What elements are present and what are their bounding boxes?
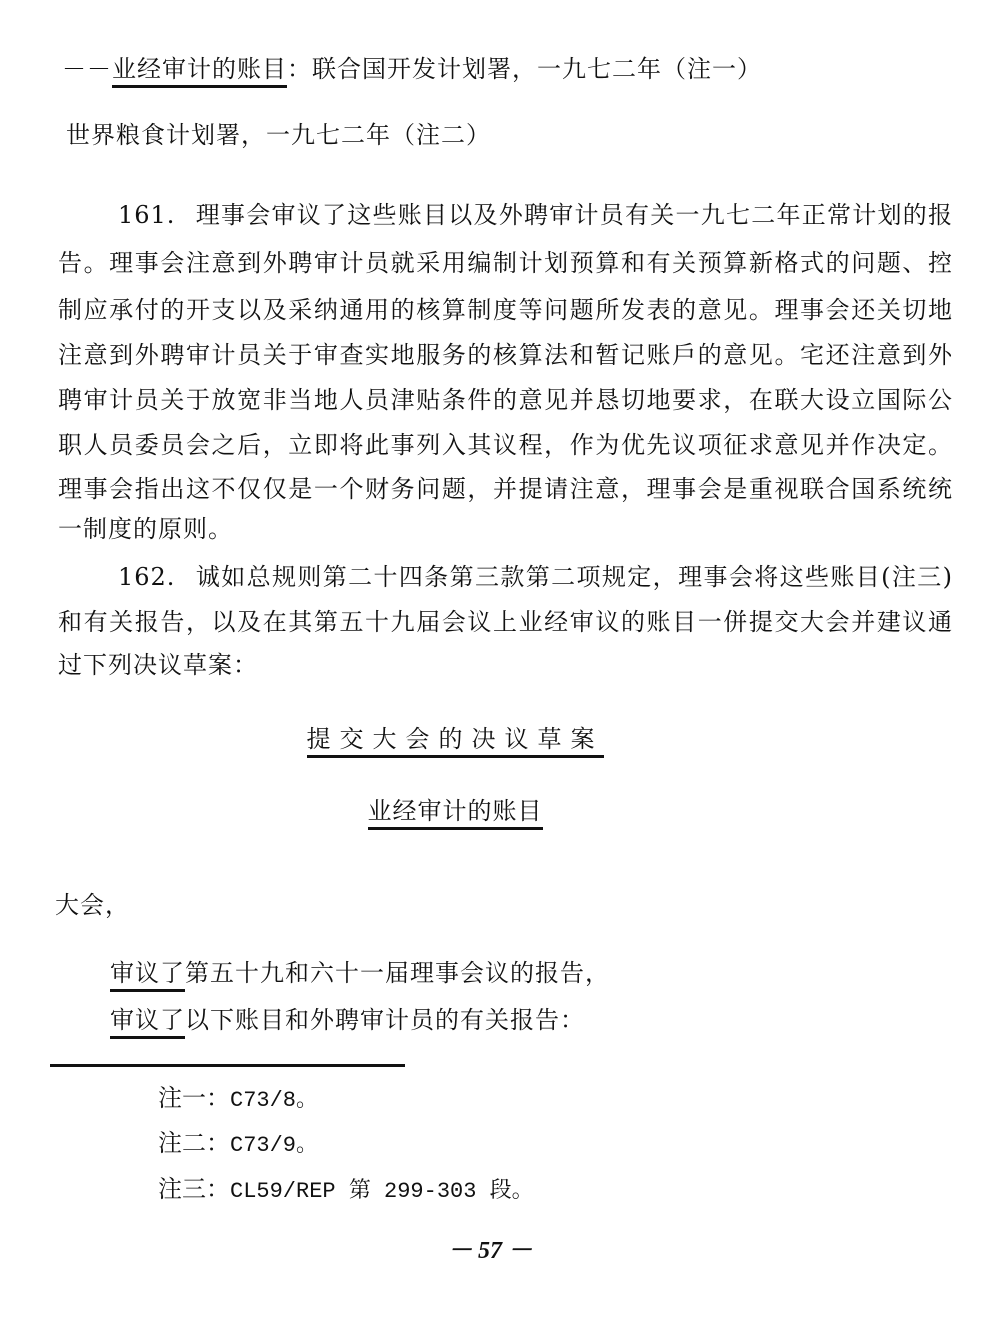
paragraph-162-line-1: 162.诚如总规则第二十四条第三款第二项规定，理事会将这些账目(注三) — [118, 562, 953, 592]
resolution-subheading: 业经审计的账目 — [368, 797, 543, 830]
dash-prefix: －－ — [62, 55, 112, 83]
footnote-3: 注三：CL59/REP 第 299-303 段。 — [158, 1174, 534, 1207]
clause-lead: 审议了 — [110, 959, 185, 992]
resolution-subheading-wrap: 业经审计的账目 — [0, 796, 910, 826]
resolution-clause-1: 审议了第五十九和六十一届理事会议的报告， — [110, 958, 610, 988]
paragraph-161-line-3: 制应承付的开支以及采纳通用的核算制度等问题所发表的意见。理事会还关切地 — [58, 295, 953, 325]
paragraph-number: 161. — [118, 201, 175, 229]
paragraph-161-line-5: 聘审计员关于放宽非当地人员津贴条件的意见并恳切地要求，在联大设立国际公 — [58, 385, 953, 415]
resolution-clause-2: 审议了以下账目和外聘审计员的有关报告： — [110, 1005, 585, 1035]
footnote-1: 注一：C73/8。 — [158, 1083, 318, 1116]
header-line-1: －－业经审计的账目：联合国开发计划署，一九七二年（注一） — [62, 54, 762, 84]
paragraph-161-line-2: 告。理事会注意到外聘审计员就采用编制计划预算和有关预算新格式的问题、控 — [58, 248, 953, 278]
footnote-divider — [50, 1064, 405, 1067]
paragraph-161-line-1: 161.理事会审议了这些账目以及外聘审计员有关一九七二年正常计划的报 — [118, 200, 953, 230]
paragraph-162-line-3: 过下列决议草案： — [58, 650, 258, 680]
resolution-heading: 提交大会的决议草案 — [307, 725, 604, 758]
page-number: － 57 － — [448, 1230, 532, 1265]
audited-accounts-title: 业经审计的账目 — [112, 55, 287, 88]
resolution-heading-wrap: 提交大会的决议草案 — [0, 724, 910, 754]
undp-entry: ：联合国开发计划署，一九七二年（注一） — [287, 55, 762, 83]
resolution-addressee: 大会， — [55, 890, 130, 920]
paragraph-161-line-6: 职人员委员会之后，立即将此事列入其议程，作为优先议项征求意见并作决定。 — [58, 430, 953, 460]
paragraph-162-line-2: 和有关报告，以及在其第五十九届会议上业经审议的账目一併提交大会并建议通 — [58, 607, 953, 637]
paragraph-number: 162. — [118, 563, 175, 591]
paragraph-161-line-7: 理事会指出这不仅仅是一个财务问题，并提请注意，理事会是重视联合国系统统 — [58, 474, 953, 504]
header-line-2: 世界粮食计划署，一九七二年（注二） — [66, 120, 491, 150]
paragraph-161-line-4: 注意到外聘审计员关于审查实地服务的核算法和暂记账戶的意见。宅还注意到外 — [58, 340, 953, 370]
footnote-2: 注二：C73/9。 — [158, 1128, 318, 1161]
paragraph-161-line-8: 一制度的原则。 — [58, 514, 233, 544]
clause-lead: 审议了 — [110, 1006, 185, 1039]
